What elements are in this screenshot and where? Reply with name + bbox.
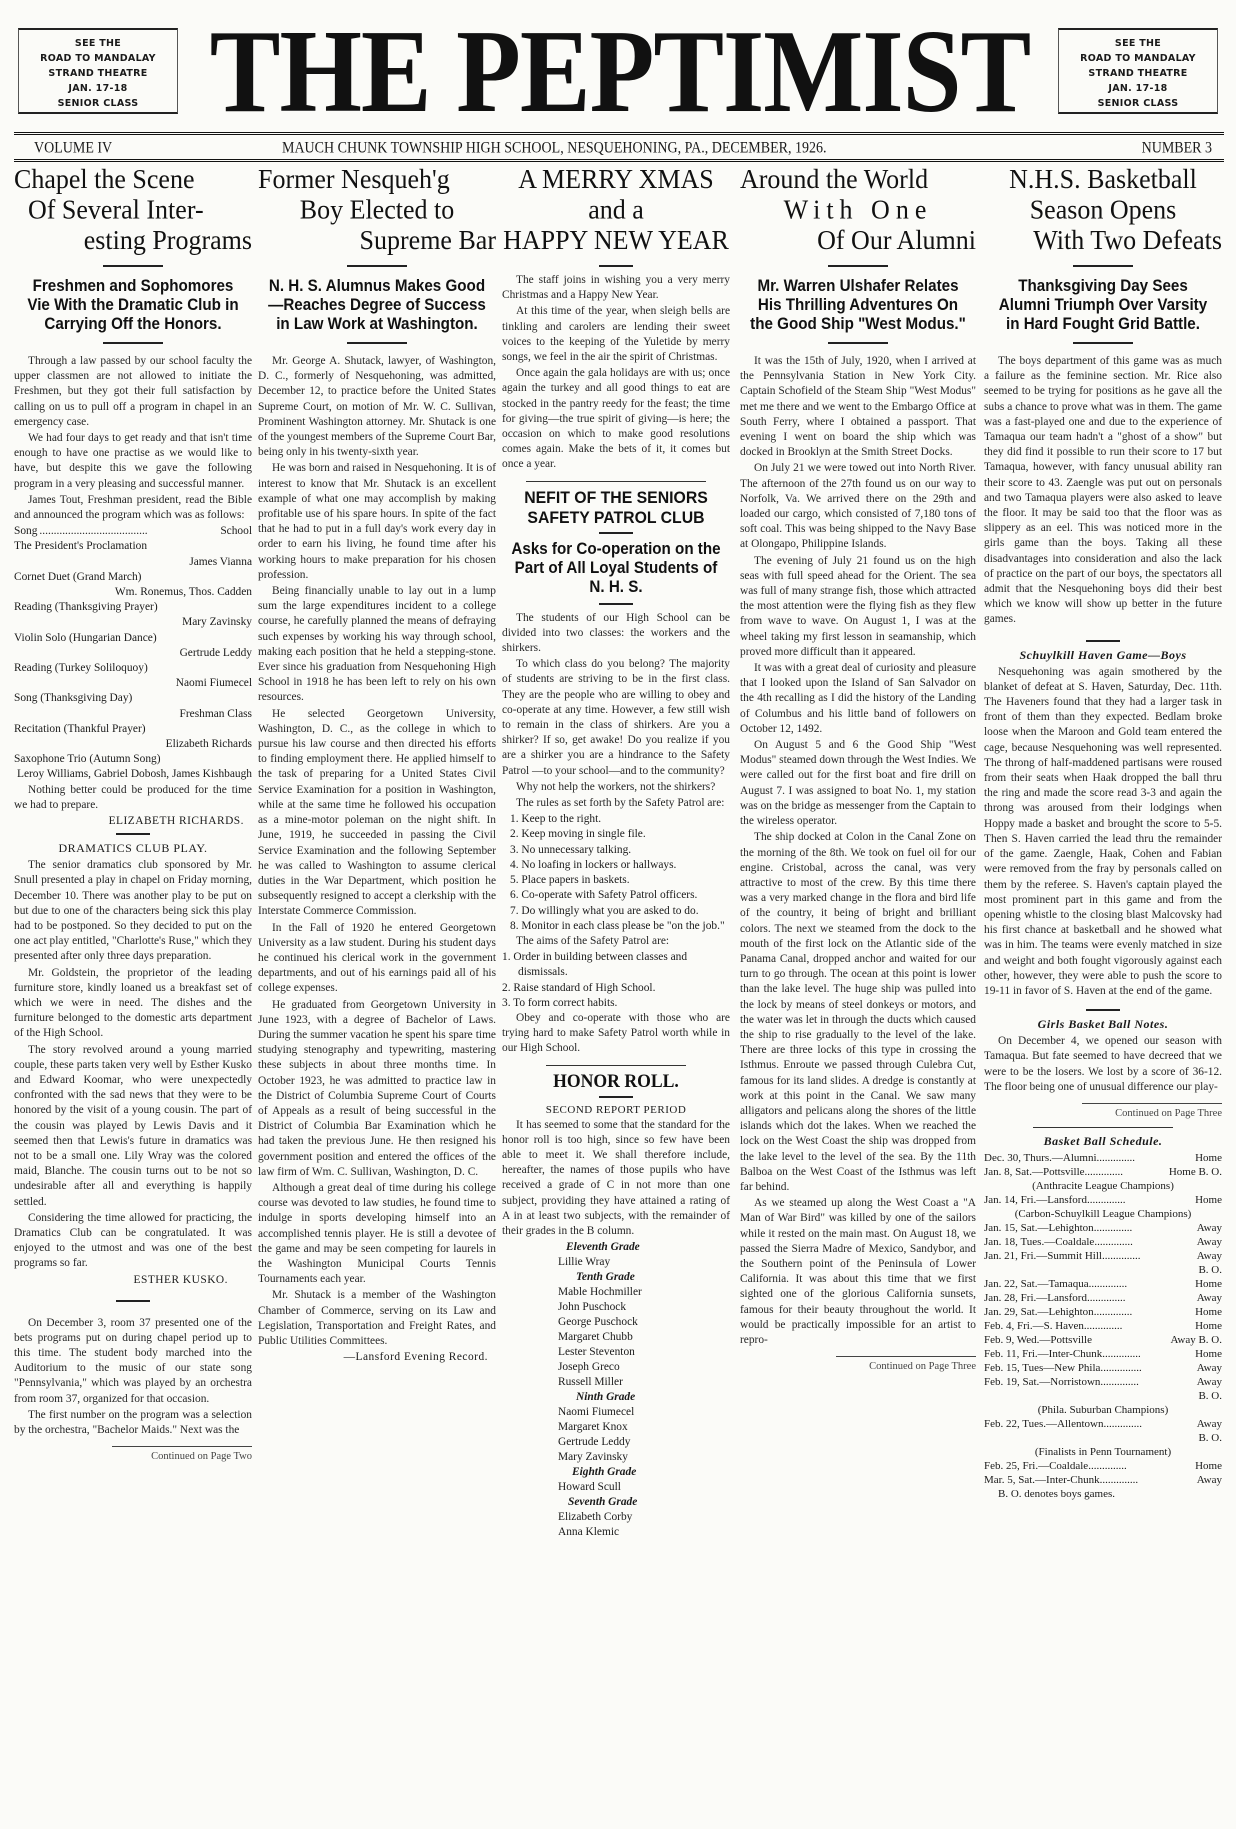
dot-leader: .............. <box>1103 1361 1197 1375</box>
program-performer: Naomi Fiumecel <box>14 676 252 691</box>
program-title: Song (Thanksgiving Day) <box>14 691 132 706</box>
game-date: Feb. 22, Tues.—Allentown <box>984 1417 1104 1431</box>
program-item: Cornet Duet (Grand March) <box>14 570 252 585</box>
schedule-note: (Finalists in Penn Tournament) <box>984 1445 1222 1459</box>
article-body: Obey and co-operate with those who are t… <box>502 1011 730 1057</box>
divider <box>599 603 633 605</box>
aim-item: 2. Raise standard of High School. <box>502 981 730 996</box>
program-performer: Mary Zavinsky <box>14 615 252 630</box>
basketball-schedule: Dec. 30, Thurs.—Alumni..............Home… <box>984 1151 1222 1501</box>
game-location: Away <box>1197 1375 1222 1389</box>
game-date: Feb. 19, Sat.—Norristown <box>984 1375 1100 1389</box>
deck-alumnus: N. H. S. Alumnus Makes Good—Reaches Degr… <box>268 277 487 334</box>
paragraph: The students of our High School can be d… <box>502 611 730 657</box>
program-performer: Gertrude Leddy <box>14 646 252 661</box>
ear-line: SENIOR CLASS <box>19 96 177 111</box>
article-body: The students of our High School can be d… <box>502 611 730 812</box>
schedule-row: Jan. 15, Sat.—Lehighton..............Awa… <box>984 1221 1222 1235</box>
paragraph: At this time of the year, when sleigh be… <box>502 304 730 365</box>
dot-leader: .............. <box>1084 1319 1195 1333</box>
game-date: Dec. 30, Thurs.—Alumni <box>984 1151 1097 1165</box>
boys-game-marker: B. O. <box>984 1389 1222 1403</box>
paragraph: Mr. Shutack is a member of the Washingto… <box>258 1288 496 1349</box>
student-name: Elizabeth Corby <box>558 1510 730 1525</box>
schedule-note: (Phila. Suburban Champions) <box>984 1403 1222 1417</box>
student-name: Lester Steventon <box>558 1345 730 1360</box>
headline-line: and a <box>502 194 730 224</box>
ear-line: SEE THE <box>19 36 177 51</box>
paragraph: He graduated from Georgetown University … <box>258 998 496 1180</box>
student-name: Naomi Fiumecel <box>558 1405 730 1420</box>
continued-link[interactable]: Continued on Page Two <box>112 1446 252 1462</box>
continued-link[interactable]: Continued on Page Three <box>1082 1103 1222 1119</box>
game-location: Home <box>1195 1193 1222 1207</box>
program-list: Song....................................… <box>14 524 252 782</box>
article-body: On December 3, room 37 presented one of … <box>14 1316 252 1439</box>
ear-line: ROAD TO MANDALAY <box>1059 51 1217 66</box>
divider <box>116 1300 150 1302</box>
game-location: Away <box>1197 1473 1222 1487</box>
headline-line: esting Programs <box>14 225 252 255</box>
ear-line: JAN. 17-18 <box>19 81 177 96</box>
paragraph: On December 4, we opened our season with… <box>984 1034 1222 1095</box>
column-basketball: N.H.S. Basketball Season Opens With Two … <box>984 166 1222 1501</box>
article-body: It was the 15th of July, 1920, when I ar… <box>740 354 976 1348</box>
column-xmas: A MERRY XMAS and a HAPPY NEW YEAR The st… <box>502 166 730 1540</box>
paragraph: Once again the gala holidays are with us… <box>502 366 730 472</box>
program-performer: Elizabeth Richards <box>14 737 252 752</box>
paragraph: On July 21 we were towed out into North … <box>740 461 976 552</box>
divider <box>103 342 163 344</box>
dateline: VOLUME IV MAUCH CHUNK TOWNSHIP HIGH SCHO… <box>14 132 1224 162</box>
headline-safety-patrol: NEFIT OF THE SENIORS SAFETY PATROL CLUB <box>510 488 722 528</box>
game-location: Home <box>1195 1459 1222 1473</box>
divider <box>599 265 633 267</box>
game-date: Jan. 8, Sat.—Pottsville <box>984 1165 1085 1179</box>
headline-line: Chapel the Scene <box>14 164 252 194</box>
paragraph: He selected Georgetown University, Washi… <box>258 707 496 920</box>
paragraph: Obey and co-operate with those who are t… <box>502 1011 730 1057</box>
dot-leader: .............. <box>1100 1473 1197 1487</box>
headline-line: With One <box>740 194 976 224</box>
paragraph: Mr. George A. Shutack, lawyer, of Washin… <box>258 354 496 460</box>
ear-line: STRAND THEATRE <box>19 66 177 81</box>
rule-item: 4. No loafing in lockers or hallways. <box>510 858 730 873</box>
dot-leader: .............. <box>1094 1221 1197 1235</box>
paragraph: On August 5 and 6 the Good Ship "West Mo… <box>740 738 976 829</box>
continued-link[interactable]: Continued on Page Three <box>836 1356 976 1372</box>
schedule-row: Feb. 15, Tues—New Phila...............Aw… <box>984 1361 1222 1375</box>
paragraph: It was with a great deal of curiosity an… <box>740 661 976 737</box>
program-item: The President's Proclamation <box>14 539 252 554</box>
subhead-report-period: SECOND REPORT PERIOD <box>502 1104 730 1116</box>
program-item: Recitation (Thankful Prayer) <box>14 722 252 737</box>
schedule-row: Feb. 22, Tues.—Allentown..............Aw… <box>984 1417 1222 1431</box>
program-item: Song....................................… <box>14 524 252 539</box>
dot-leader <box>1092 1333 1170 1347</box>
grade-heading: Eleventh Grade <box>558 1240 730 1255</box>
schedule-row: Mar. 5, Sat.—Inter-Chunk..............Aw… <box>984 1473 1222 1487</box>
game-date: Jan. 29, Sat.—Lehighton <box>984 1305 1094 1319</box>
rule-item: 5. Place papers in baskets. <box>510 873 730 888</box>
ear-line: SENIOR CLASS <box>1059 96 1217 111</box>
dot-leader: .............. <box>1104 1417 1197 1431</box>
divider <box>828 265 888 267</box>
divider <box>1086 640 1120 642</box>
boys-game-marker: B. O. <box>984 1263 1222 1277</box>
paragraph: The story revolved around a young marrie… <box>14 1043 252 1210</box>
headline-line: HAPPY NEW YEAR <box>502 225 730 255</box>
column-alumnus: Former Nesqueh'g Boy Elected to Supreme … <box>258 166 496 1369</box>
program-title: Reading (Turkey Soliloquoy) <box>14 661 148 676</box>
student-name: Lillie Wray <box>558 1255 730 1270</box>
game-date: Jan. 28, Fri.—Lansford <box>984 1291 1087 1305</box>
headline-line: N.H.S. Basketball <box>984 164 1222 194</box>
game-date: Feb. 25, Fri.—Coaldale <box>984 1459 1088 1473</box>
volume-label: VOLUME IV <box>34 140 112 158</box>
paragraph: Nothing better could be produced for the… <box>14 783 252 813</box>
paragraph: The ship docked at Colon in the Canal Zo… <box>740 830 976 1195</box>
paragraph: Although a great deal of time during his… <box>258 1181 496 1287</box>
safety-rules-list: 1. Keep to the right. 2. Keep moving in … <box>502 812 730 934</box>
game-location: Away <box>1197 1361 1222 1375</box>
paragraph: James Tout, Freshman president, read the… <box>14 493 252 523</box>
paragraph: The senior dramatics club sponsored by M… <box>14 858 252 964</box>
ornament-divider <box>1033 1127 1173 1128</box>
rule-item: 1. Keep to the right. <box>510 812 730 827</box>
program-item: Song (Thanksgiving Day) <box>14 691 252 706</box>
program-title: Reading (Thanksgiving Prayer) <box>14 600 158 615</box>
headline-line: Around the World <box>740 164 976 194</box>
byline: ESTHER KUSKO. <box>14 1274 228 1286</box>
article-body: Nothing better could be produced for the… <box>14 783 252 813</box>
ear-line: JAN. 17-18 <box>1059 81 1217 96</box>
paragraph: As we steamed up along the West Coast a … <box>740 1196 976 1348</box>
grade-heading: Eighth Grade <box>558 1465 730 1480</box>
deck-safety-patrol: Asks for Co-operation on the Part of All… <box>511 540 721 597</box>
paragraph: The first number on the program was a se… <box>14 1408 252 1438</box>
program-title: Saxophone Trio (Autumn Song) <box>14 752 161 767</box>
schedule-row: Jan. 8, Sat.—Pottsville..............Hom… <box>984 1165 1222 1179</box>
game-location: Away B. O. <box>1170 1333 1222 1347</box>
rule-item: 8. Monitor in each class please be "on t… <box>510 919 730 934</box>
headline-line: Season Opens <box>984 194 1222 224</box>
headline-line: Of Our Alumni <box>740 225 976 255</box>
paragraph: Mr. Goldstein, the proprietor of the lea… <box>14 966 252 1042</box>
divider <box>103 265 163 267</box>
source-credit: —Lansford Evening Record. <box>258 1351 488 1363</box>
ornament-divider <box>526 481 706 482</box>
ear-line: ROAD TO MANDALAY <box>19 51 177 66</box>
dot-leader: .............. <box>1102 1249 1197 1263</box>
issue-number: NUMBER 3 <box>1142 140 1212 158</box>
divider <box>1086 1009 1120 1011</box>
divider <box>599 1096 633 1098</box>
schedule-row: Feb. 19, Sat.—Norristown..............Aw… <box>984 1375 1222 1389</box>
article-body: The staff joins in wishing you a very me… <box>502 273 730 473</box>
headline-basketball: N.H.S. Basketball Season Opens With Two … <box>984 164 1222 255</box>
byline: ELIZABETH RICHARDS. <box>14 815 244 827</box>
student-name: Margaret Chubb <box>558 1330 730 1345</box>
program-item: Reading (Thanksgiving Prayer) <box>14 600 252 615</box>
program-title: Recitation (Thankful Prayer) <box>14 722 146 737</box>
paragraph: It was the 15th of July, 1920, when I ar… <box>740 354 976 460</box>
school-dateline: MAUCH CHUNK TOWNSHIP HIGH SCHOOL, NESQUE… <box>282 140 826 158</box>
headline-xmas: A MERRY XMAS and a HAPPY NEW YEAR <box>502 164 730 255</box>
student-name: John Puschock <box>558 1300 730 1315</box>
program-performer: Wm. Ronemus, Thos. Cadden <box>14 585 252 600</box>
boys-game-marker: B. O. <box>984 1431 1222 1445</box>
divider <box>1073 342 1133 344</box>
ear-ad-right: SEE THE ROAD TO MANDALAY STRAND THEATRE … <box>1058 28 1218 114</box>
headline-line: A MERRY XMAS <box>502 164 730 194</box>
paragraph: Being financially unable to lay out in a… <box>258 584 496 706</box>
student-name: Mable Hochmiller <box>558 1285 730 1300</box>
game-date: Jan. 15, Sat.—Lehighton <box>984 1221 1094 1235</box>
schedule-row: Jan. 29, Sat.—Lehighton..............Hom… <box>984 1305 1222 1319</box>
program-performer: Leroy Williams, Gabriel Dobosh, James Ki… <box>14 767 252 782</box>
paragraph: It has seemed to some that the standard … <box>502 1118 730 1240</box>
paragraph: Why not help the workers, not the shirke… <box>502 780 730 795</box>
paragraph: He was born and raised in Nesquehoning. … <box>258 461 496 583</box>
schedule-row: Feb. 25, Fri.—Coaldale..............Home <box>984 1459 1222 1473</box>
column-chapel: Chapel the Scene Of Several Inter- estin… <box>14 166 252 1462</box>
ear-line: STRAND THEATRE <box>1059 66 1217 81</box>
student-name: George Puschock <box>558 1315 730 1330</box>
schedule-row: Jan. 22, Sat.—Tamaqua..............Home <box>984 1277 1222 1291</box>
dot-leader: .............. <box>1100 1375 1196 1389</box>
paragraph: The evening of July 21 found us on the h… <box>740 554 976 660</box>
article-body: The aims of the Safety Patrol are: <box>502 934 730 949</box>
headline-chapel: Chapel the Scene Of Several Inter- estin… <box>14 164 252 255</box>
schedule-row: Dec. 30, Thurs.—Alumni..............Home <box>984 1151 1222 1165</box>
program-item: Saxophone Trio (Autumn Song) <box>14 752 252 767</box>
divider <box>599 532 633 534</box>
dot-leader: .............. <box>1087 1291 1197 1305</box>
program-title: Song <box>14 524 37 539</box>
headline-around-world: Around the World With One Of Our Alumni <box>740 164 976 255</box>
rule-item: 3. No unnecessary talking. <box>510 843 730 858</box>
aim-item: 1. Order in building between classes and… <box>502 950 730 980</box>
program-title: Cornet Duet (Grand March) <box>14 570 141 585</box>
dot-leader: .............. <box>1087 1193 1195 1207</box>
paragraph: Nesquehoning was again smothered by the … <box>984 665 1222 999</box>
subhead-girls: Girls Basket Ball Notes. <box>984 1017 1222 1032</box>
headline-line: With Two Defeats <box>984 225 1222 255</box>
divider <box>347 265 407 267</box>
student-name: Russell Miller <box>558 1375 730 1390</box>
masthead: SEE THE ROAD TO MANDALAY STRAND THEATRE … <box>0 0 1236 130</box>
game-date: Feb. 4, Fri.—S. Haven <box>984 1319 1084 1333</box>
headline-line: Of Several Inter- <box>14 194 252 224</box>
student-name: Margaret Knox <box>558 1420 730 1435</box>
paragraph: The staff joins in wishing you a very me… <box>502 273 730 303</box>
headline-alumnus: Former Nesqueh'g Boy Elected to Supreme … <box>258 164 496 255</box>
program-item: Reading (Turkey Soliloquoy) <box>14 661 252 676</box>
divider <box>828 342 888 344</box>
dot-leader: .............. <box>1097 1151 1196 1165</box>
game-date: Mar. 5, Sat.—Inter-Chunk <box>984 1473 1100 1487</box>
program-title: The President's Proclamation <box>14 539 147 554</box>
paragraph: The aims of the Safety Patrol are: <box>502 934 730 949</box>
schedule-row: Feb. 4, Fri.—S. Haven..............Home <box>984 1319 1222 1333</box>
schedule-row: Feb. 9, Wed.—Pottsville Away B. O. <box>984 1333 1222 1347</box>
dot-leader: .............. <box>1089 1277 1195 1291</box>
safety-aims-list: 1. Order in building between classes and… <box>502 950 730 1011</box>
schedule-footnote: B. O. denotes boys games. <box>984 1487 1222 1501</box>
student-name: Howard Scull <box>558 1480 730 1495</box>
grade-heading: Tenth Grade <box>558 1270 730 1285</box>
grade-heading: Seventh Grade <box>558 1495 730 1510</box>
schedule-row: Jan. 21, Fri.—Summit Hill..............A… <box>984 1249 1222 1263</box>
game-location: Away <box>1197 1235 1222 1249</box>
game-location: Home <box>1195 1305 1222 1319</box>
schedule-note: (Carbon-Schuylkill League Champions) <box>984 1207 1222 1221</box>
program-performer: School <box>220 524 252 539</box>
aim-item: 3. To form correct habits. <box>502 996 730 1011</box>
divider <box>1073 265 1133 267</box>
game-date: Jan. 21, Fri.—Summit Hill <box>984 1249 1102 1263</box>
grade-heading: Ninth Grade <box>558 1390 730 1405</box>
game-date: Jan. 18, Tues.—Coaldale <box>984 1235 1094 1249</box>
paragraph: Through a law passed by our school facul… <box>14 354 252 430</box>
subhead-schuylkill: Schuylkill Haven Game—Boys <box>984 648 1222 663</box>
game-date: Feb. 9, Wed.—Pottsville <box>984 1333 1092 1347</box>
dot-leader: .............. <box>1094 1305 1195 1319</box>
deck-chapel: Freshmen and Sophomores Vie With the Dra… <box>24 277 243 334</box>
rule-item: 6. Co-operate with Safety Patrol officer… <box>510 888 730 903</box>
column-around-world: Around the World With One Of Our Alumni … <box>740 166 976 1372</box>
student-name: Anna Klemic <box>558 1525 730 1540</box>
dot-leader: .............. <box>1094 1235 1196 1249</box>
rule-item: 2. Keep moving in single file. <box>510 827 730 842</box>
headline-line: Supreme Bar <box>258 225 496 255</box>
game-location: Home <box>1195 1151 1222 1165</box>
program-performer: Freshman Class <box>14 707 252 722</box>
paragraph: The rules as set forth by the Safety Pat… <box>502 796 730 811</box>
game-location: Home <box>1195 1277 1222 1291</box>
article-body: On December 4, we opened our season with… <box>984 1034 1222 1095</box>
subhead-schedule: Basket Ball Schedule. <box>984 1134 1222 1149</box>
game-location: Away <box>1197 1417 1222 1431</box>
program-title: Violin Solo (Hungarian Dance) <box>14 631 157 646</box>
article-body: It has seemed to some that the standard … <box>502 1118 730 1240</box>
article-body: Through a law passed by our school facul… <box>14 354 252 523</box>
student-name: Joseph Greco <box>558 1360 730 1375</box>
schedule-note: (Anthracite League Champions) <box>984 1179 1222 1193</box>
dot-leader: .............. <box>1088 1459 1195 1473</box>
student-name: Mary Zavinsky <box>558 1450 730 1465</box>
honor-roll-list: Eleventh Grade Lillie Wray Tenth Grade M… <box>502 1240 730 1540</box>
schedule-row: Feb. 11, Fri.—Inter-Chunk..............H… <box>984 1347 1222 1361</box>
deck-around-world: Mr. Warren Ulshafer Relates His Thrillin… <box>749 277 966 334</box>
ear-ad-left: SEE THE ROAD TO MANDALAY STRAND THEATRE … <box>18 28 178 114</box>
paragraph: The boys department of this game was as … <box>984 354 1222 628</box>
paragraph: To which class do you belong? The majori… <box>502 657 730 779</box>
schedule-row: Jan. 14, Fri.—Lansford..............Home <box>984 1193 1222 1207</box>
article-body: Mr. George A. Shutack, lawyer, of Washin… <box>258 354 496 1349</box>
program-item: Violin Solo (Hungarian Dance) <box>14 631 252 646</box>
game-location: Away <box>1197 1291 1222 1305</box>
game-date: Feb. 11, Fri.—Inter-Chunk <box>984 1347 1102 1361</box>
schedule-row: Jan. 28, Fri.—Lansford..............Away <box>984 1291 1222 1305</box>
rule-item: 7. Do willingly what you are asked to do… <box>510 904 730 919</box>
article-body: The senior dramatics club sponsored by M… <box>14 858 252 1271</box>
subhead-dramatics: DRAMATICS CLUB PLAY. <box>14 841 252 856</box>
headline-line: Boy Elected to <box>258 194 496 224</box>
headline-line: Former Nesqueh'g <box>258 164 496 194</box>
article-body: Nesquehoning was again smothered by the … <box>984 665 1222 999</box>
paragraph: On December 3, room 37 presented one of … <box>14 1316 252 1407</box>
game-location: Home B. O. <box>1169 1165 1222 1179</box>
program-performer: James Vianna <box>14 555 252 570</box>
dot-leader: .............. <box>1102 1347 1195 1361</box>
game-location: Home <box>1195 1347 1222 1361</box>
headline-honor-roll: HONOR ROLL. <box>510 1072 722 1092</box>
article-body: The boys department of this game was as … <box>984 354 1222 628</box>
ear-line: SEE THE <box>1059 36 1217 51</box>
game-date: Jan. 22, Sat.—Tamaqua <box>984 1277 1089 1291</box>
game-date: Feb. 15, Tues—New Phila. <box>984 1361 1103 1375</box>
game-location: Away <box>1197 1221 1222 1235</box>
newspaper-title: THE PEPTIMIST <box>200 16 1040 128</box>
game-location: Home <box>1195 1319 1222 1333</box>
paragraph: Considering the time allowed for practic… <box>14 1211 252 1272</box>
dot-leader: .............. <box>1085 1165 1169 1179</box>
paragraph: We had four days to get ready and that i… <box>14 431 252 492</box>
game-location: Away <box>1197 1249 1222 1263</box>
game-date: Jan. 14, Fri.—Lansford <box>984 1193 1087 1207</box>
deck-basketball: Thanksgiving Day Sees Alumni Triumph Ove… <box>994 277 1213 334</box>
paragraph: In the Fall of 1920 he entered Georgetow… <box>258 921 496 997</box>
divider <box>116 833 150 835</box>
divider <box>347 342 407 344</box>
student-name: Gertrude Leddy <box>558 1435 730 1450</box>
schedule-row: Jan. 18, Tues.—Coaldale..............Awa… <box>984 1235 1222 1249</box>
ornament-divider <box>546 1065 686 1066</box>
dot-leader: ...................................... <box>37 524 220 539</box>
